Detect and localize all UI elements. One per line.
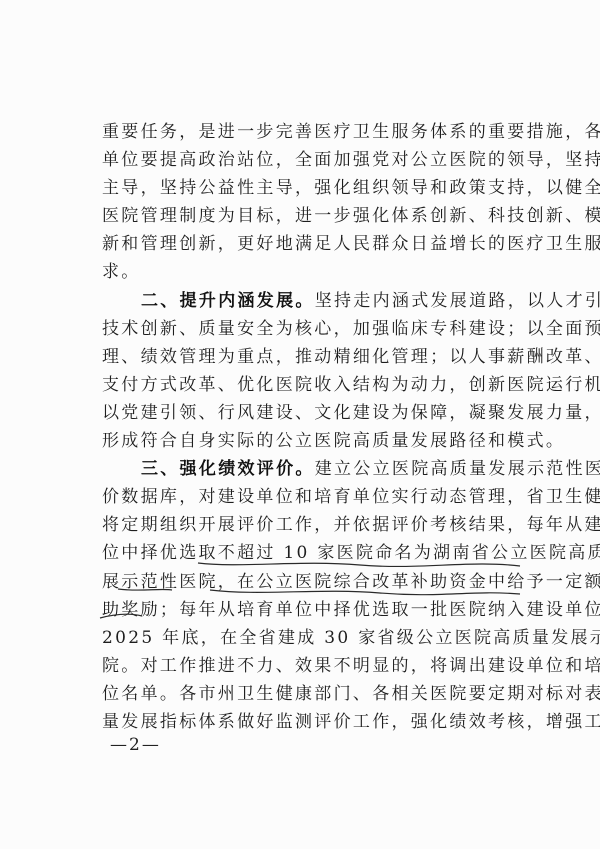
section-heading: 二、提升内涵发展。 — [141, 291, 315, 311]
text-line: 理、绩效管理为重点，推动精细化管理；以人事薪酬改革、医保 — [102, 343, 534, 371]
text-line: 2025 年底，在全省建成 30 家省级公立医院高质量发展示范性医 — [102, 624, 534, 652]
text-line: 新和管理创新，更好地满足人民群众日益增长的医疗卫生服务需 — [102, 230, 534, 258]
text-line: 助奖励；每年从培育单位中择优选取一批医院纳入建设单位。到 — [102, 596, 534, 624]
text-line: 价数据库，对建设单位和培育单位实行动态管理，省卫生健康委 — [102, 483, 534, 511]
text-line: 医院管理制度为目标，进一步强化体系创新、科技创新、模式创 — [102, 202, 534, 230]
text-line: 主导，坚持公益性主导，强化组织领导和政策支持，以健全现代 — [102, 174, 534, 202]
section-heading: 三、强化绩效评价。 — [141, 459, 315, 479]
text-line: 求。 — [102, 258, 534, 286]
text-line: 以党建引领、行风建设、文化建设为保障，凝聚发展力量，探索 — [102, 399, 534, 427]
text-line: 重要任务，是进一步完善医疗卫生服务体系的重要措施，各地各 — [102, 118, 534, 146]
text-line: 量发展指标体系做好监测评价工作，强化绩效考核，增强工作质 — [102, 708, 534, 736]
section-first-line: 二、提升内涵发展。坚持走内涵式发展道路，以人才引育、 — [102, 287, 534, 315]
text-line: 单位要提高政治站位，全面加强党对公立医院的领导，坚持政府 — [102, 146, 534, 174]
page-number: —2— — [110, 735, 161, 755]
section-first-line: 三、强化绩效评价。建立公立医院高质量发展示范性医院评 — [102, 455, 534, 483]
text-line: 位中择优选取不超过 10 家医院命名为湖南省公立医院高质量发 — [102, 539, 534, 567]
text-line: 将定期组织开展评价工作，并依据评价考核结果，每年从建设单 — [102, 511, 534, 539]
text-line: 技术创新、质量安全为核心，加强临床专科建设；以全面预算管 — [102, 315, 534, 343]
text-segment: 坚持走内涵式发展道路，以人才引育、 — [315, 291, 600, 311]
document-page: 重要任务，是进一步完善医疗卫生服务体系的重要措施，各地各 单位要提高政治站位，全… — [0, 0, 600, 849]
text-line: 形成符合自身实际的公立医院高质量发展路径和模式。 — [102, 427, 534, 455]
text-line: 支付方式改革、优化医院收入结构为动力，创新医院运行机制； — [102, 371, 534, 399]
document-body: 重要任务，是进一步完善医疗卫生服务体系的重要措施，各地各 单位要提高政治站位，全… — [102, 118, 534, 736]
text-line: 位名单。各市州卫生健康部门、各相关医院要定期对标对表高质 — [102, 680, 534, 708]
text-line: 展示范性医院，在公立医院综合改革补助资金中给予一定额度补 — [102, 568, 534, 596]
text-segment: 建立公立医院高质量发展示范性医院评 — [315, 459, 600, 479]
text-line: 院。对工作推进不力、效果不明显的，将调出建设单位和培育单 — [102, 652, 534, 680]
